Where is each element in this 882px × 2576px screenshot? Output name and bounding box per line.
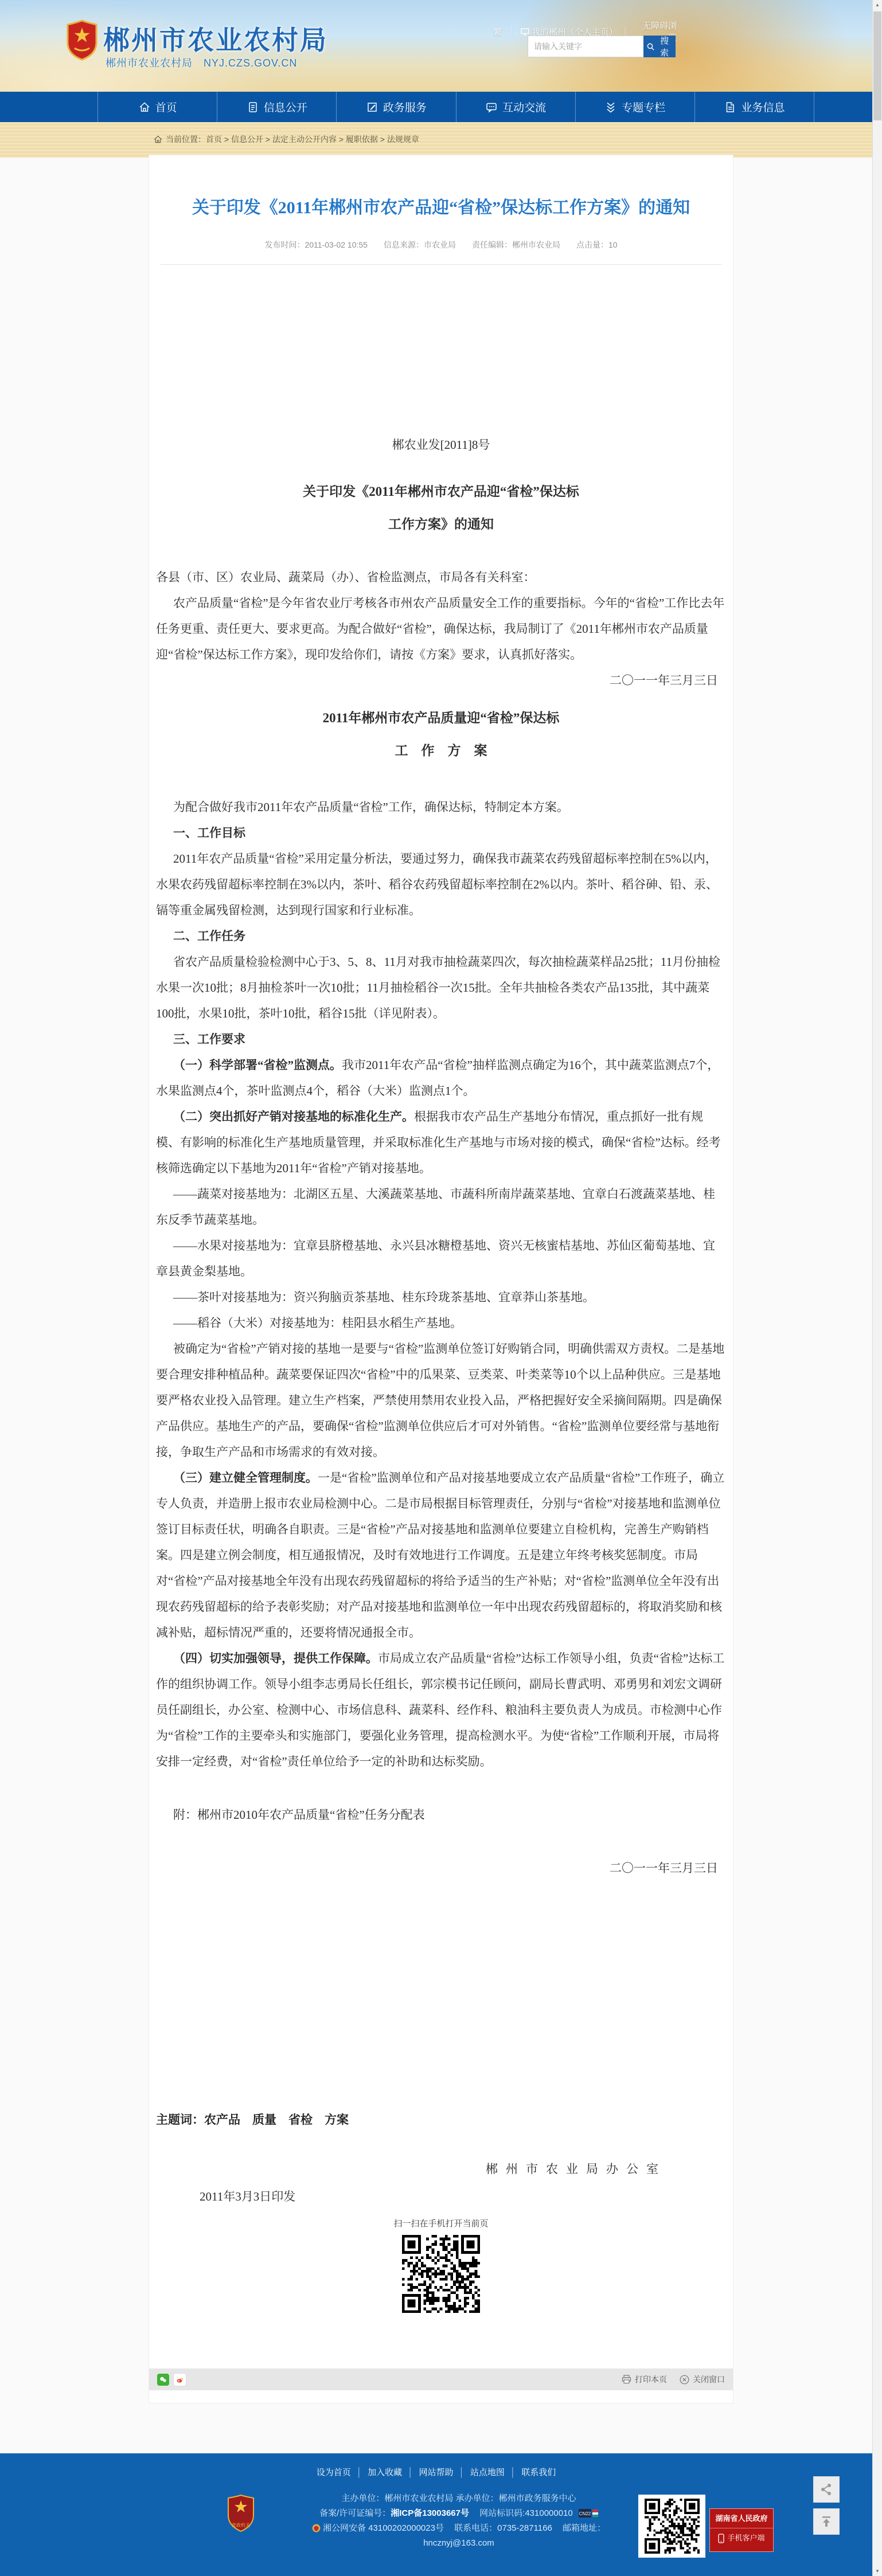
footer-link-3[interactable]: 站点地图: [470, 2468, 505, 2477]
spacer: [149, 1881, 733, 2111]
search-input[interactable]: [528, 36, 643, 57]
scrollbar-down-arrow[interactable]: ▼: [873, 2566, 882, 2576]
icp-number: 湘ICP备13003667号: [391, 2508, 469, 2518]
footer-link-1[interactable]: 加入收藏: [368, 2468, 402, 2477]
keywords-line: 主题词：农产品 质量 省检 方案: [149, 2111, 733, 2128]
close-icon: [680, 2375, 689, 2385]
doc-paragraph: 二、工作任务: [156, 923, 726, 949]
doc-paragraph: ——蔬菜对接基地为：北湖区五星、大溪蔬菜基地、市蔬科所南岸蔬菜基地、宜章白石渡蔬…: [156, 1181, 726, 1233]
doc-paragraph-bold-lead: （一）科学部署“省检”监测点。: [173, 1058, 342, 1072]
chat-icon: [485, 101, 498, 113]
doc-paragraph: 二〇一一年三月三日: [156, 1855, 726, 1881]
gov-button-sub: 手机客户端: [727, 2528, 764, 2548]
close-window-label: 关闭窗口: [693, 2374, 725, 2385]
breadcrumb: 当前位置：首页 > 信息公开 > 法定主动公开内容 > 履职依据 > 法规规章: [154, 134, 419, 145]
utility-link-label: 繁: [493, 26, 502, 38]
email-label: 邮箱地址：: [563, 2523, 606, 2533]
nav-item-label: 专题专栏: [622, 99, 665, 115]
site-banner: 郴州市农业农村局 郴州市农业农村局 NYJ.CZS.GOV.CN 繁｜我的郴州（…: [0, 0, 872, 92]
national-emblem-icon: [67, 19, 97, 61]
doc-paragraph: 被确定为“省检”产销对接的基地一是要与“省检”监测单位签订好购销合同，明确供需双…: [156, 1336, 726, 1465]
home-icon: [154, 135, 162, 143]
wechat-share-icon[interactable]: [157, 2374, 169, 2386]
doc-paragraph: 省农产品质量检验检测中心于3、5、8、11月对我市抽检蔬菜四次，每次抽检蔬菜样品…: [156, 949, 726, 1027]
doc-paragraph: 工 作 方 案: [156, 734, 726, 767]
page: 郴州市农业农村局 郴州市农业农村局 NYJ.CZS.GOV.CN 繁｜我的郴州（…: [0, 0, 882, 2576]
nav-item-label: 互动交流: [502, 99, 546, 115]
search-button-label: 搜索: [657, 34, 672, 58]
footer-link-separator: │: [408, 2468, 413, 2477]
article-qr-code: [402, 2235, 480, 2313]
footer-info: 主办单位：郴州市农业农村局 承办单位：郴州市政务服务中心 备案/许可证编号：湘I…: [290, 2491, 628, 2551]
file-icon: [724, 101, 736, 113]
share-icon: [819, 2483, 833, 2496]
nav-item-3[interactable]: 互动交流: [456, 92, 576, 122]
footer-links: 设为首页│加入收藏│网站帮助│站点地图│联系我们: [0, 2466, 872, 2478]
doc-paragraph: 郴农业发[2011]8号: [156, 432, 726, 458]
site-code: 网站标识码:4310000010: [479, 2508, 573, 2518]
breadcrumb-prefix: 当前位置：: [166, 135, 206, 144]
breadcrumb-item-0[interactable]: 首页: [206, 135, 222, 144]
qr-caption: 扫一扫在手机打开当前页: [149, 2217, 733, 2229]
back-to-top-button[interactable]: [813, 2508, 840, 2535]
monitor-icon: [521, 28, 529, 36]
doc-paragraph: 2011年农产品质量“省检”采用定量分析法，要通过努力，确保我市蔬菜农药残留超标…: [156, 846, 726, 923]
doc-paragraph: ——茶叶对接基地为：资兴狗脑贡茶基地、桂东玲珑茶基地、宜章莽山茶基地。: [156, 1285, 726, 1310]
footer-qr-code: [645, 2499, 700, 2554]
home-icon: [138, 101, 151, 113]
footer-link-0[interactable]: 设为首页: [317, 2468, 351, 2477]
nav-item-label: 政务服务: [383, 99, 427, 115]
print-page-button[interactable]: 打印本页: [622, 2374, 667, 2385]
party-gov-emblem-icon: 党政机关: [227, 2495, 255, 2532]
doc-icon: [247, 101, 259, 113]
breadcrumb-item-4[interactable]: 法规规章: [387, 135, 419, 144]
scrollbar-up-arrow[interactable]: ▲: [873, 0, 882, 10]
gov-button-title: 湖南省人民政府: [710, 2509, 773, 2528]
main-nav: 首页信息公开政务服务互动交流专题专栏业务信息: [0, 92, 872, 122]
footer-link-4[interactable]: 联系我们: [521, 2468, 556, 2477]
site-id-badge-icon: CN22: [579, 2509, 598, 2518]
doc-paragraph: 农产品质量“省检”是今年省农业厅考核各市州农产品质量安全工作的重要指标。今年的“…: [156, 590, 726, 668]
breadcrumb-separator: >: [378, 135, 387, 144]
scrollbar-thumb[interactable]: [873, 11, 881, 120]
article-meta-item-2: 责任编辑：郴州市农业局: [472, 240, 560, 249]
search-button[interactable]: 搜索: [643, 36, 676, 57]
record-label: 备案/许可证编号：: [319, 2508, 391, 2518]
footer-link-separator: │: [459, 2468, 465, 2477]
print-date-line: 2011年3月3日印发: [149, 2187, 733, 2205]
svg-text:党政机关: 党政机关: [232, 2522, 250, 2528]
print-page-label: 打印本页: [635, 2374, 667, 2385]
doc-paragraph: （一）科学部署“省检”监测点。我市2011年农产品“省检”抽样监测点确定为16个…: [156, 1052, 726, 1104]
article-meta-item-1: 信息来源：市农业局: [384, 240, 456, 249]
footer-link-2[interactable]: 网站帮助: [419, 2468, 453, 2477]
vertical-scrollbar[interactable]: ▲ ▼: [872, 0, 882, 2576]
arrow-up-icon: [819, 2515, 833, 2528]
doc-paragraph: 工作方案》的通知: [156, 508, 726, 541]
nav-item-5[interactable]: 业务信息: [695, 92, 814, 122]
utility-link-0[interactable]: 繁: [493, 26, 502, 38]
doc-paragraph-bold-lead: （二）突出抓好产销对接基地的标准化生产。: [173, 1110, 414, 1123]
document-body: 郴农业发[2011]8号关于印发《2011年郴州市农产品迎“省检”保达标工作方案…: [149, 432, 733, 1881]
doc-paragraph: （二）突出抓好产销对接基地的标准化生产。根据我市农产品生产基地分布情况，重点抓好…: [156, 1104, 726, 1181]
article-panel: 关于印发《2011年郴州市农产品迎“省检”保达标工作方案》的通知 发布时间：20…: [149, 155, 733, 2403]
article-title: 关于印发《2011年郴州市农产品迎“省检”保达标工作方案》的通知: [149, 193, 733, 218]
doc-paragraph: 2011年郴州市农产品质量迎“省检”保达标: [156, 702, 726, 734]
nav-item-label: 信息公开: [264, 99, 307, 115]
police-badge-icon: [312, 2524, 321, 2532]
doc-paragraph-bold-lead: （四）切实加强领导，提供工作保障。: [173, 1651, 378, 1665]
search-icon: [647, 42, 654, 51]
doc-paragraph: 三、工作要求: [156, 1027, 726, 1052]
doc-paragraph: ——稻谷（大米）对接基地为：桂阳县水稻生产基地。: [156, 1310, 726, 1336]
share-float-button[interactable]: [813, 2476, 840, 2503]
breadcrumb-item-3[interactable]: 履职依据: [346, 135, 378, 144]
footer-link-separator: │: [510, 2468, 516, 2477]
footer-qr-box: [638, 2495, 705, 2558]
doc-paragraph: （三）建立健全管理制度。一是“省检”监测单位和产品对接基地要成立农产品质量“省检…: [156, 1465, 726, 1646]
doc-paragraph: 为配合做好我市2011年农产品质量“省检”工作，确保达标，特制定本方案。: [156, 794, 726, 820]
footer-link-separator: │: [357, 2468, 362, 2477]
breadcrumb-separator: >: [337, 135, 346, 144]
doc-paragraph: ——水果对接基地为：宜章县脐橙基地、永兴县冰糖橙基地、资兴无核蜜桔基地、苏仙区葡…: [156, 1233, 726, 1285]
search-bar: 搜索: [528, 36, 676, 57]
footer-email: hncznyj@163.com: [290, 2536, 628, 2551]
breadcrumb-band: 当前位置：首页 > 信息公开 > 法定主动公开内容 > 履职依据 > 法规规章: [0, 122, 872, 158]
close-window-button[interactable]: 关闭窗口: [680, 2374, 725, 2385]
breadcrumb-item-2[interactable]: 法定主动公开内容: [272, 135, 337, 144]
weibo-share-icon[interactable]: [173, 2373, 186, 2386]
gov-app-button[interactable]: 湖南省人民政府 手机客户端: [709, 2508, 774, 2552]
doc-paragraph: 关于印发《2011年郴州市农产品迎“省检”保达标: [156, 475, 726, 508]
article-meta-item-0: 发布时间：2011-03-02 10:55: [264, 240, 368, 249]
action-bar: 打印本页 关闭窗口: [149, 2368, 733, 2390]
article-meta: 发布时间：2011-03-02 10:55信息来源：市农业局责任编辑：郴州市农业…: [149, 239, 733, 250]
divider: [161, 264, 721, 265]
doc-paragraph: 附：郴州市2010年农产品质量“省检”任务分配表: [156, 1802, 726, 1828]
breadcrumb-item-1[interactable]: 信息公开: [231, 135, 263, 144]
printer-icon: [622, 2375, 631, 2384]
contact-phone: 联系电话：0735-2871166: [454, 2523, 552, 2533]
ribbon-icon: [604, 101, 617, 113]
nav-item-4[interactable]: 专题专栏: [576, 92, 695, 122]
article-meta-item-3: 点击量：10: [576, 240, 618, 249]
footer-line1: 主办单位：郴州市农业农村局 承办单位：郴州市政务服务中心: [290, 2491, 628, 2506]
nav-item-label: 业务信息: [741, 99, 785, 115]
issuer-line: 郴州市农业局办公室: [149, 2160, 733, 2177]
phone-icon: [718, 2534, 724, 2543]
footer-line3: 湘公网安备 43100202000023号 联系电话：0735-2871166 …: [290, 2521, 628, 2536]
police-number: 湘公网安备 43100202000023号: [323, 2523, 444, 2533]
footer-line2: 备案/许可证编号：湘ICP备13003667号 网站标识码:4310000010…: [290, 2506, 628, 2521]
breadcrumb-separator: >: [222, 135, 231, 144]
doc-paragraph: 一、工作目标: [156, 820, 726, 846]
doc-paragraph: （四）切实加强领导，提供工作保障。市局成立农产品质量“省检”达标工作领导小组，负…: [156, 1646, 726, 1775]
footer: 设为首页│加入收藏│网站帮助│站点地图│联系我们 党政机关 主办单位：郴州市农业…: [0, 2453, 872, 2576]
nav-item-0[interactable]: 首页: [97, 92, 217, 122]
doc-paragraph-bold-lead: （三）建立健全管理制度。: [173, 1471, 318, 1485]
nav-item-label: 首页: [155, 99, 177, 115]
doc-paragraph: 二〇一一年三月三日: [156, 668, 726, 694]
site-title: 郴州市农业农村局: [103, 19, 328, 57]
utility-separator: ｜: [507, 26, 516, 38]
site-subtitle: 郴州市农业农村局 NYJ.CZS.GOV.CN: [106, 55, 297, 70]
pen-icon: [366, 101, 378, 113]
breadcrumb-separator: >: [263, 135, 272, 144]
doc-paragraph: 各县（市、区）农业局、蔬菜局（办）、省检监测点，市局各有关科室：: [156, 565, 726, 590]
svg-text:CN22: CN22: [579, 2511, 591, 2516]
nav-item-2[interactable]: 政务服务: [337, 92, 456, 122]
nav-item-1[interactable]: 信息公开: [217, 92, 337, 122]
